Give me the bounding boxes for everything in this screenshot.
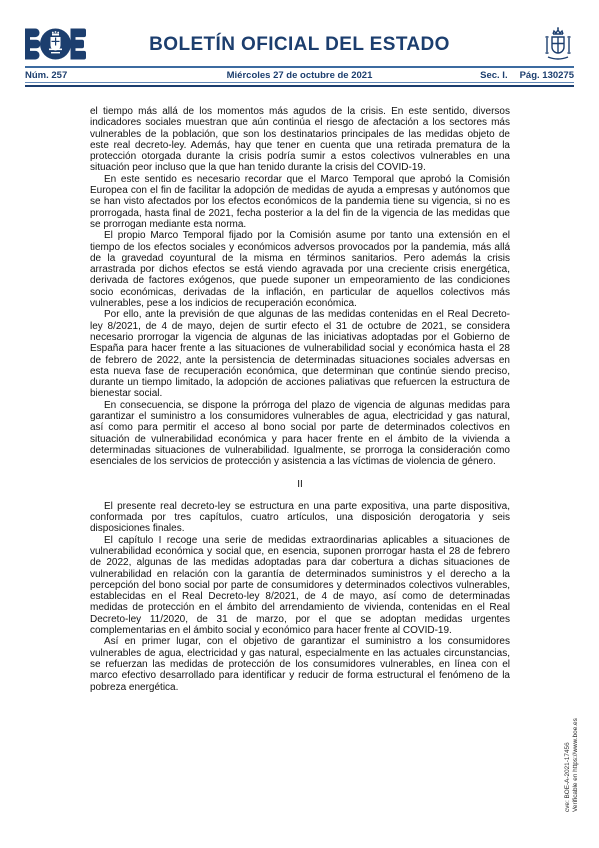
paragraph: El capítulo I recoge una serie de medida…: [90, 535, 510, 637]
paragraph: El propio Marco Temporal fijado por la C…: [90, 230, 510, 309]
issue-info-bar: Núm. 257 Miércoles 27 de octubre de 2021…: [25, 70, 574, 82]
issue-date: Miércoles 27 de octubre de 2021: [227, 70, 373, 81]
paragraph: En este sentido es necesario recordar qu…: [90, 174, 510, 230]
document-body: el tiempo más allá de los momentos más a…: [90, 106, 510, 693]
issue-number: Núm. 257: [25, 70, 67, 81]
paragraph: En consecuencia, se dispone la prórroga …: [90, 400, 510, 468]
verify-url: Verificable en https://www.boe.es: [572, 718, 580, 812]
header-rule-bottom: [25, 82, 574, 89]
page-title: BOLETÍN OFICIAL DEL ESTADO: [149, 34, 450, 56]
header-rule-top: [25, 66, 574, 68]
paragraph: Por ello, ante la previsión de que algun…: [90, 309, 510, 399]
section-heading: II: [90, 479, 510, 490]
section-page-group: Sec. I.Pág. 130275: [480, 70, 574, 81]
verification-sidebar: cve: BOE-A-2021-17456 Verificable en htt…: [564, 718, 580, 812]
coat-of-arms-icon: [544, 26, 572, 62]
coat-of-arms: [544, 26, 572, 67]
paragraph: Así en primer lugar, con el objetivo de …: [90, 636, 510, 692]
section-label: Sec. I.: [480, 70, 507, 81]
cve-code: cve: BOE-A-2021-17456: [564, 718, 572, 812]
paragraph: el tiempo más allá de los momentos más a…: [90, 106, 510, 174]
page-number: Pág. 130275: [520, 70, 574, 81]
paragraph: El presente real decreto-ley se estructu…: [90, 501, 510, 535]
page-header: BOLETÍN OFICIAL DEL ESTADO: [25, 26, 574, 64]
boe-gazette-page: BOLETÍN OFICIAL DEL ESTADO: [0, 0, 599, 848]
boe-logo: [25, 28, 86, 65]
boe-logo-icon: [25, 28, 86, 60]
